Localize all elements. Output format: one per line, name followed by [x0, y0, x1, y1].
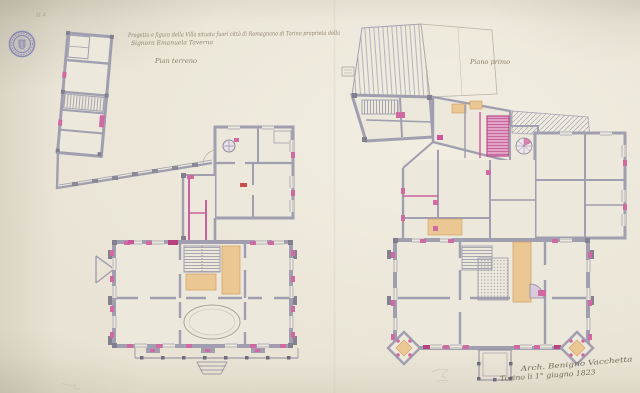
corridor-block [181, 173, 215, 241]
plan-label-first: Piano primo [469, 59, 510, 66]
archive-stamp-icon [8, 30, 36, 58]
upper-right-rooms [535, 131, 627, 238]
title-line2: Signora Emanuela Taverna [131, 39, 213, 47]
ground-main-block [96, 240, 298, 374]
plan-label-ground: Pian terreno [154, 58, 198, 65]
pencil-scribble-2 [62, 383, 80, 389]
fireplace-mark [240, 183, 247, 187]
ground-wing [56, 31, 114, 157]
terrace-steps [197, 362, 227, 374]
drawing-sheet: N 4 Progetto e figura della Villa situat… [0, 0, 640, 393]
grand-staircase-pink [487, 116, 509, 156]
small-outbuilding [342, 67, 354, 76]
roof-hatched [352, 24, 430, 97]
wing-stair [362, 100, 398, 114]
pencil-note: N 4 [36, 12, 47, 19]
first-main-block [387, 238, 594, 382]
wing-stair [63, 94, 104, 111]
kitchen-block [203, 125, 295, 218]
magenta-mark [168, 240, 178, 245]
signature-block: Arch. Benigno Vacchetta Torino li 1° giu… [500, 355, 633, 383]
floor-plan-drawing: N 4 Progetto e figura della Villa situat… [0, 0, 640, 393]
ground-floor-plan [56, 31, 298, 374]
first-wing [352, 93, 433, 142]
stair-band [433, 97, 512, 162]
porch-piers [146, 348, 265, 353]
wing-pink-door [99, 115, 105, 127]
first-floor-plan [342, 24, 627, 382]
title-line1: Progetto e figura della Villa situata fu… [127, 30, 340, 39]
pencil-scribble [432, 369, 448, 382]
stair-landing-wood [222, 246, 240, 294]
